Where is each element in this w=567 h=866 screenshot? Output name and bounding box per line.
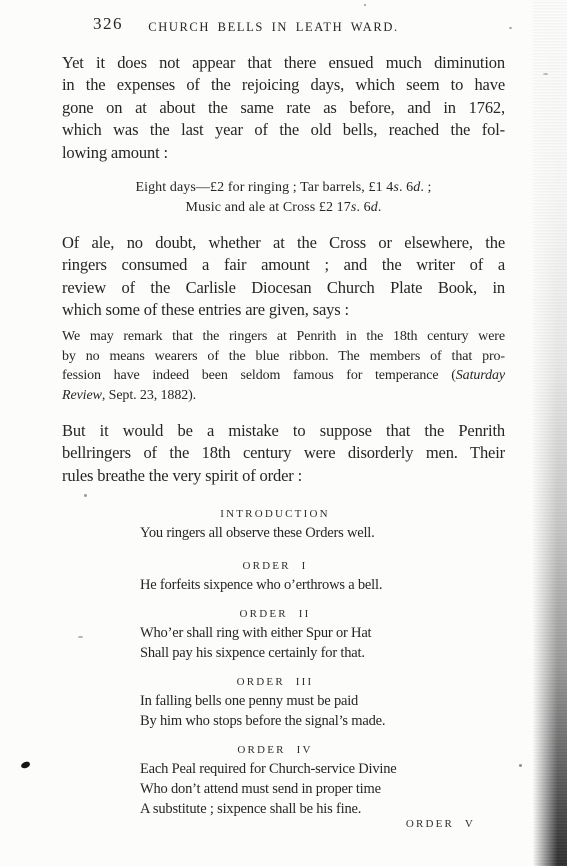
paragraph-line: Of ale, no doubt, whether at the Cross o… [62, 232, 505, 254]
text-run: . ; [420, 180, 431, 195]
verse-line: You ringers all observe these Orders wel… [140, 523, 410, 543]
scan-speck [519, 764, 522, 767]
verse-order-2: ORDER II Who’er shall ring with either S… [140, 608, 410, 663]
book-page-scan: 326 CHURCH BELLS IN LEATH WARD. Yet it d… [0, 0, 567, 866]
verse-heading: ORDER III [140, 676, 410, 688]
text-run: Eight days—£2 for ringing ; Tar barrels,… [135, 180, 393, 195]
paragraph-line: which was the last year of the old bells… [62, 119, 505, 141]
verse-line: Who don’t attend must send in proper tim… [140, 779, 410, 799]
text-run: , Sept. 23, 1882). [102, 388, 196, 403]
verse-order-4: ORDER IV Each Peal required for Church-s… [140, 744, 410, 819]
catchword: ORDER V [406, 818, 475, 830]
scan-speck [509, 27, 512, 29]
italic-run: d [371, 200, 378, 215]
verse-heading: INTRODUCTION [140, 508, 410, 520]
quote-line: Review, Sept. 23, 1882). [62, 386, 505, 406]
verse-line: He forfeits sixpence who o’erthrows a be… [140, 575, 410, 595]
paragraph-line: Yet it does not appear that there ensued… [62, 52, 505, 74]
quote-line: by no means wearers of the blue ribbon. … [62, 347, 505, 367]
verse-line: A substitute ; sixpence shall be his fin… [140, 799, 410, 819]
quote-line: fession have indeed been seldom famous f… [62, 366, 505, 386]
paragraph-line: ringers consumed a fair amount ; and the… [62, 254, 505, 276]
italic-run: Saturday [456, 368, 505, 383]
expenses-note: Eight days—£2 for ringing ; Tar barrels,… [62, 178, 505, 218]
verse-line: By him who stops before the signal’s mad… [140, 711, 410, 731]
scan-speck [78, 636, 83, 638]
paragraph-line: in the expenses of the rejoicing days, w… [62, 74, 505, 96]
verse-heading: ORDER II [140, 608, 410, 620]
paragraph-mistake: But it would be a mistake to suppose tha… [62, 420, 505, 487]
verse-line: Shall pay his sixpence certainly for tha… [140, 643, 410, 663]
paragraph-line: which some of these entries are given, s… [62, 299, 505, 321]
verse-order-1: ORDER I He forfeits sixpence who o’erthr… [140, 560, 410, 595]
verse-line: Who’er shall ring with either Spur or Ha… [140, 623, 410, 643]
paragraph-ale: Of ale, no doubt, whether at the Cross o… [62, 232, 505, 322]
text-run: . 6 [356, 200, 370, 215]
verse-heading: ORDER I [140, 560, 410, 572]
ink-blot [20, 761, 30, 769]
quote-line: We may remark that the ringers at Penrit… [62, 327, 505, 347]
paragraph-line: gone on at about the same rate as before… [62, 97, 505, 119]
italic-run: Review [62, 388, 102, 403]
text-run: . 6 [399, 180, 413, 195]
paragraph-line: bellringers of the 18th century were dis… [62, 442, 505, 464]
text-run: fession have indeed been seldom famous f… [62, 368, 456, 383]
paragraph-line: rules breathe the very spirit of order : [62, 465, 505, 487]
running-header: CHURCH BELLS IN LEATH WARD. [62, 20, 485, 35]
verse-line: In falling bells one penny must be paid [140, 691, 410, 711]
verse-order-3: ORDER III In falling bells one penny mus… [140, 676, 410, 731]
money-note-line: Eight days—£2 for ringing ; Tar barrels,… [62, 178, 505, 198]
text-run: . [378, 200, 382, 215]
page-gutter-shadow [533, 0, 567, 866]
verse-introduction: INTRODUCTION You ringers all observe the… [140, 508, 410, 543]
scan-speck [364, 4, 366, 6]
paragraph-line: But it would be a mistake to suppose tha… [62, 420, 505, 442]
text-run: Music and ale at Cross £2 17 [186, 200, 351, 215]
verse-line: Each Peal required for Church-service Di… [140, 759, 410, 779]
paragraph-line: lowing amount : [62, 142, 505, 164]
paragraph-line: review of the Carlisle Diocesan Church P… [62, 277, 505, 299]
money-note-line: Music and ale at Cross £2 17s. 6d. [62, 198, 505, 218]
scan-speck [84, 494, 87, 497]
paragraph-opening: Yet it does not appear that there ensued… [62, 52, 505, 164]
verse-heading: ORDER IV [140, 744, 410, 756]
review-quotation: We may remark that the ringers at Penrit… [62, 327, 505, 405]
